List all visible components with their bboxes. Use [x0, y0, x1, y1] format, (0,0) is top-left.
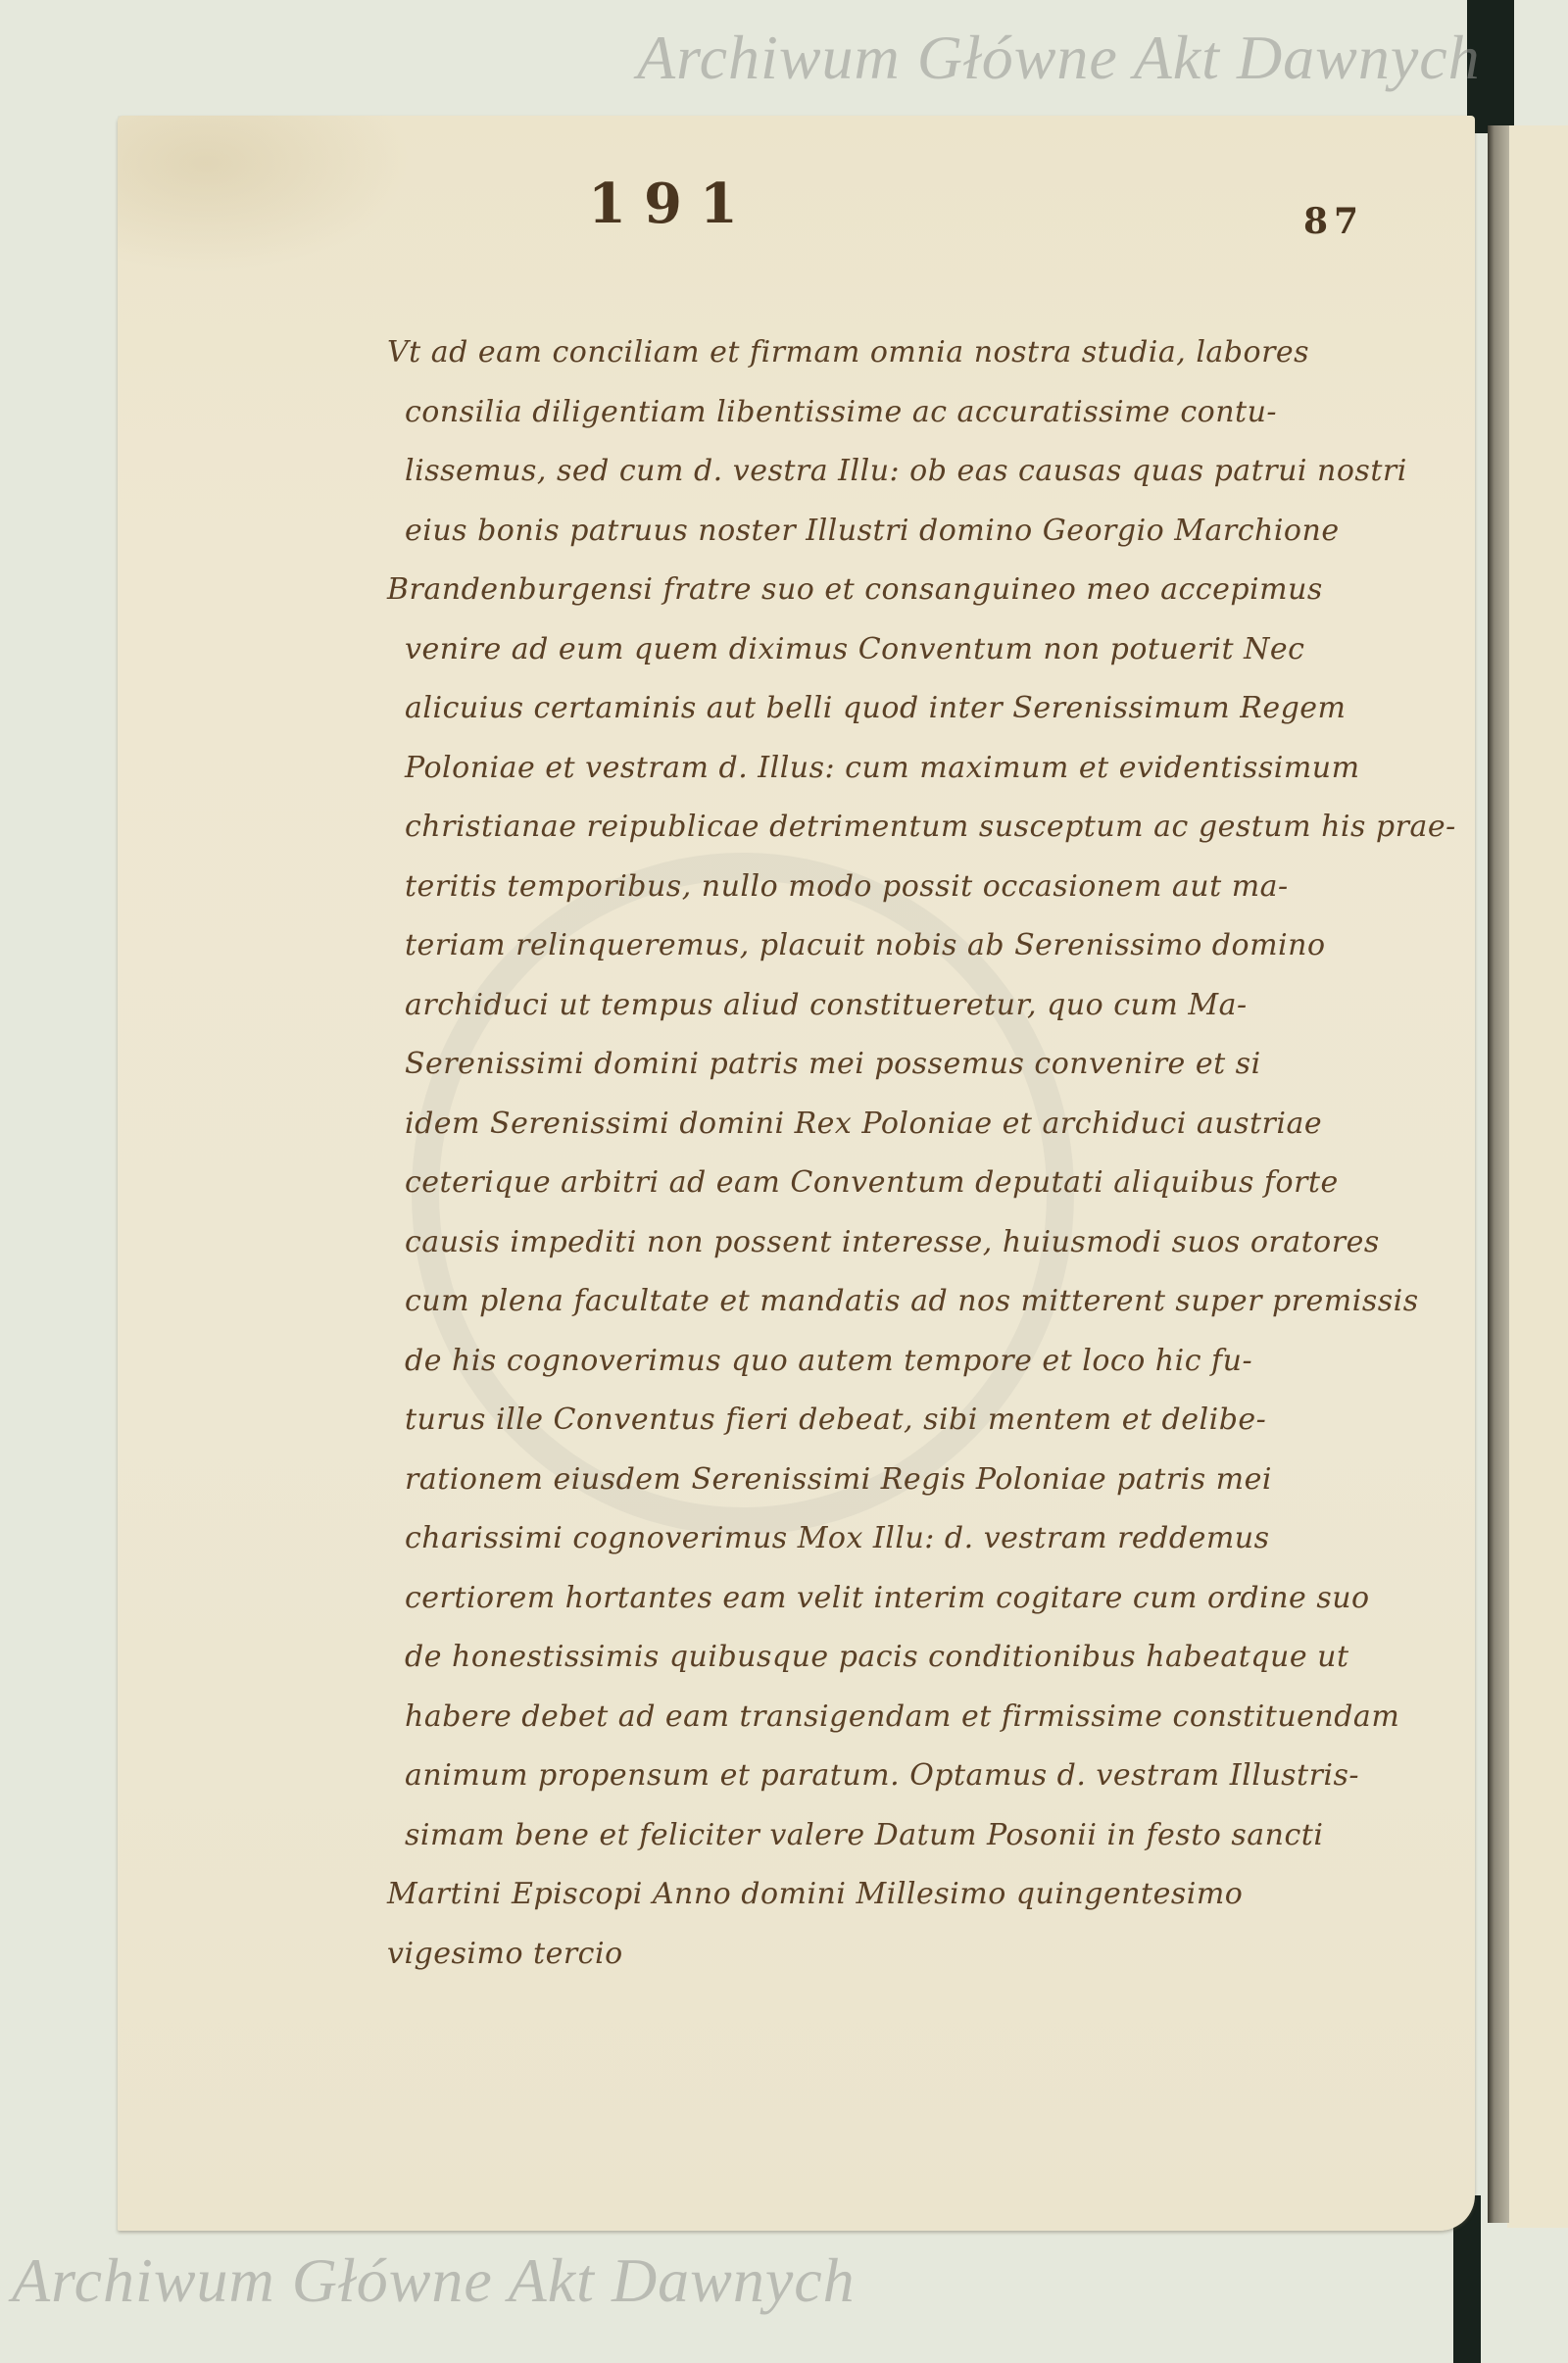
text-line: consilia diligentiam libentissime ac acc…	[387, 383, 1367, 443]
text-line: animum propensum et paratum. Optamus d. …	[387, 1747, 1367, 1806]
text-line: christianae reipublicae detrimentum susc…	[387, 798, 1367, 858]
text-line: Vt ad eam conciliam et firmam omnia nost…	[387, 323, 1367, 383]
text-line: Brandenburgensi fratre suo et consanguin…	[387, 561, 1367, 620]
text-line: turus ille Conventus fieri debeat, sibi …	[387, 1391, 1367, 1451]
text-line: eius bonis patruus noster Illustri domin…	[387, 502, 1367, 562]
text-line: charissimi cognoverimus Mox Illu: d. ves…	[387, 1509, 1367, 1569]
text-line: Poloniae et vestram d. Illus: cum maximu…	[387, 739, 1367, 799]
text-line: Martini Episcopi Anno domini Millesimo q…	[387, 1865, 1367, 1925]
text-line: vigesimo tercio	[387, 1925, 1367, 1985]
text-line: venire ad eum quem diximus Conventum non…	[387, 620, 1367, 680]
text-line: idem Serenissimi domini Rex Poloniae et …	[387, 1095, 1367, 1155]
text-line: Serenissimi domini patris mei possemus c…	[387, 1035, 1367, 1095]
archive-watermark-top: Archiwum Główne Akt Dawnych	[637, 22, 1481, 94]
text-line: rationem eiusdem Serenissimi Regis Polon…	[387, 1451, 1367, 1510]
text-line: de honestissimis quibusque pacis conditi…	[387, 1628, 1367, 1688]
paper-stain	[118, 116, 412, 272]
manuscript-text: Vt ad eam conciliam et firmam omnia nost…	[387, 323, 1367, 1984]
binding-gutter	[1488, 125, 1509, 2223]
text-line: certiorem hortantes eam velit interim co…	[387, 1569, 1367, 1629]
text-line: teritis temporibus, nullo modo possit oc…	[387, 858, 1367, 917]
text-line: alicuius certaminis aut belli quod inter…	[387, 679, 1367, 739]
text-line: causis impediti non possent interesse, h…	[387, 1213, 1367, 1273]
archive-watermark-bottom: Archiwum Główne Akt Dawnych	[12, 2244, 856, 2317]
text-line: teriam relinqueremus, placuit nobis ab S…	[387, 916, 1367, 976]
text-line: simam bene et feliciter valere Datum Pos…	[387, 1806, 1367, 1866]
folio-number-right: 87	[1303, 201, 1364, 242]
text-line: lissemus, sed cum d. vestra Illu: ob eas…	[387, 442, 1367, 502]
text-line: habere debet ad eam transigendam et firm…	[387, 1688, 1367, 1748]
folio-number-left: 191	[588, 172, 756, 236]
text-line: archiduci ut tempus aliud constitueretur…	[387, 976, 1367, 1036]
adjacent-page-edge	[1507, 125, 1568, 2228]
text-line: ceterique arbitri ad eam Conventum deput…	[387, 1154, 1367, 1213]
text-line: de his cognoverimus quo autem tempore et…	[387, 1332, 1367, 1392]
text-line: cum plena facultate et mandatis ad nos m…	[387, 1272, 1367, 1332]
